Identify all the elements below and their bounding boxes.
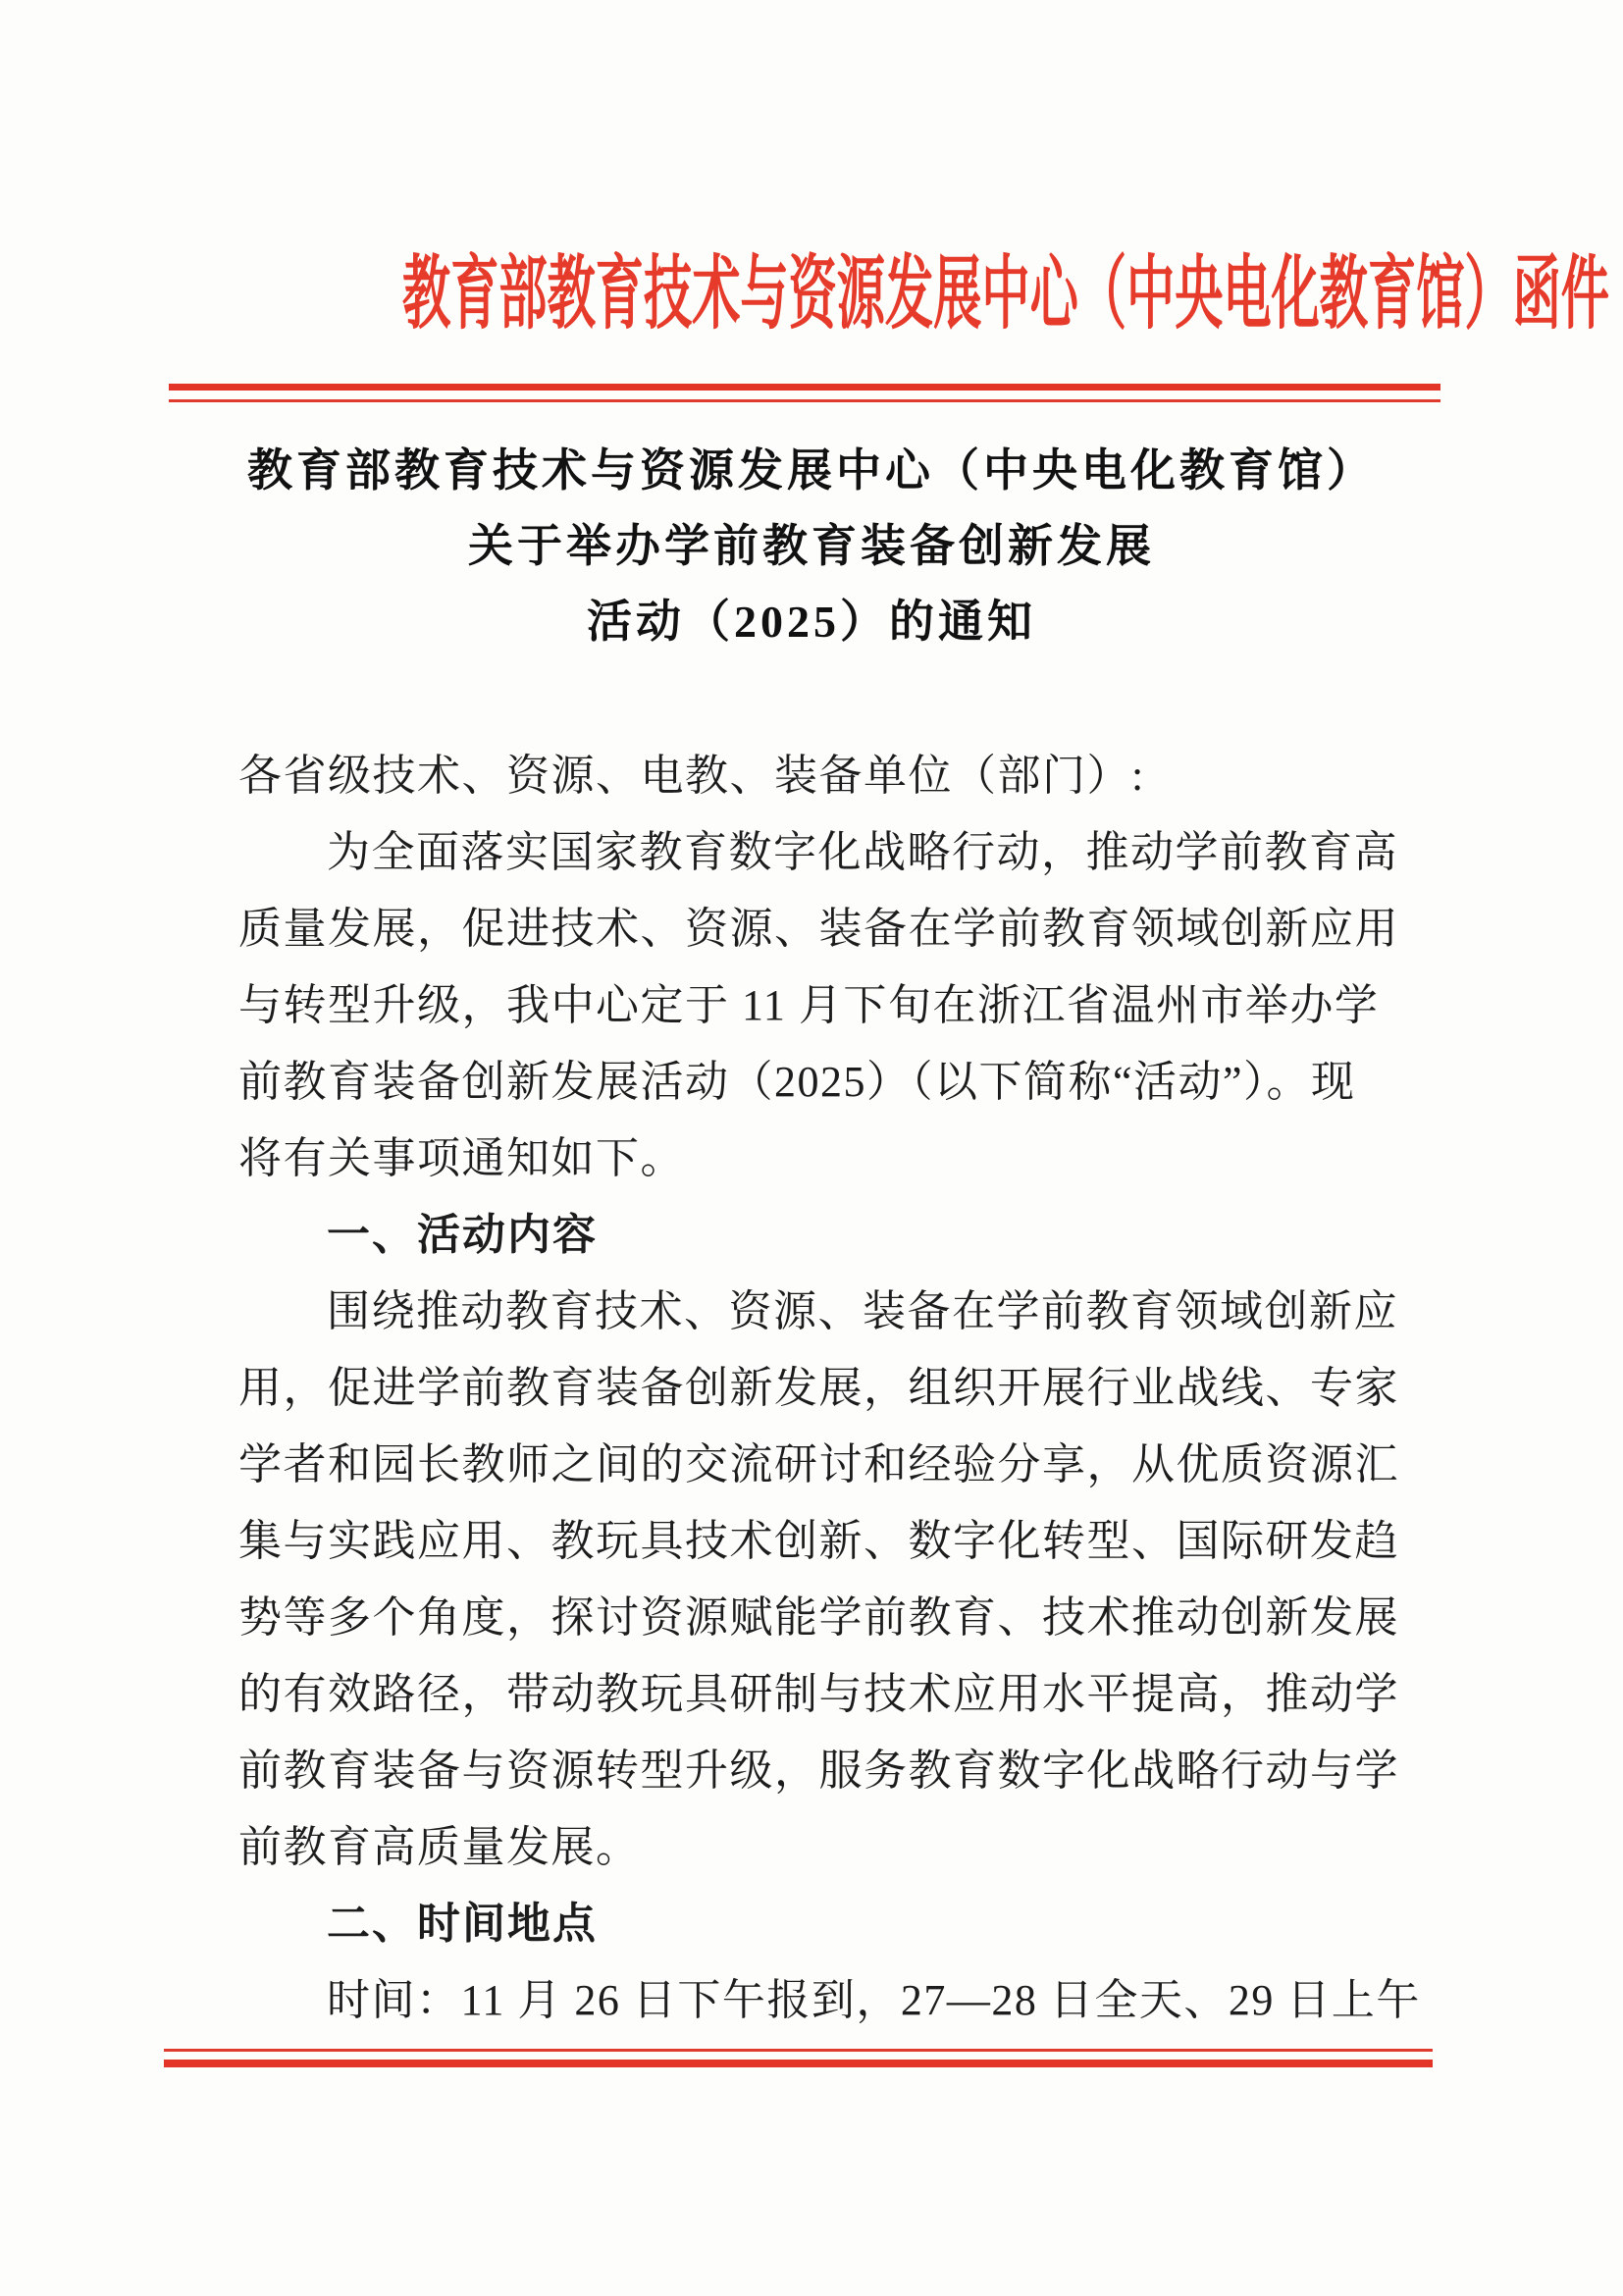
body-line: 前教育高质量发展。 [238,1809,1367,1886]
section-heading-1: 一、活动内容 [238,1197,1367,1274]
title-line-2: 关于举办学前教育装备创新发展 [0,508,1623,584]
body-line: 为全面落实国家教育数字化战略行动，推动学前教育高 [238,814,1367,891]
body-line: 用，促进学前教育装备创新发展，组织开展行业战线、专家 [238,1350,1367,1427]
red-letterhead: 教育部教育技术与资源发展中心（中央电化教育馆）函件 [0,243,1623,345]
bottom-separator-thick-rule [164,2060,1433,2067]
body-line: 质量发展，促进技术、资源、装备在学前教育领域创新应用 [238,891,1367,967]
scanned-official-letter-page: 教育部教育技术与资源发展中心（中央电化教育馆）函件 教育部教育技术与资源发展中心… [0,0,1623,2296]
section-heading-2: 二、时间地点 [238,1886,1367,1962]
body-line: 前教育装备与资源转型升级，服务教育数字化战略行动与学 [238,1733,1367,1809]
body-line: 学者和园长教师之间的交流研讨和经验分享，从优质资源汇 [238,1427,1367,1503]
body-line: 围绕推动教育技术、资源、装备在学前教育领域创新应 [238,1274,1367,1350]
body-line: 与转型升级，我中心定于 11 月下旬在浙江省温州市举办学 [238,967,1367,1044]
body-line: 的有效路径，带动教玩具研制与技术应用水平提高，推动学 [238,1656,1367,1733]
body-line: 集与实践应用、教玩具技术创新、数字化转型、国际研发趋 [238,1503,1367,1580]
body-line: 前教育装备创新发展活动（2025）（以下简称“活动”）。现 [238,1044,1367,1121]
title-line-1: 教育部教育技术与资源发展中心（中央电化教育馆） [0,433,1623,508]
body-line: 将有关事项通知如下。 [238,1121,1367,1197]
bottom-separator-thin-rule [164,2049,1433,2052]
top-separator-thick-rule [169,384,1440,391]
document-title: 教育部教育技术与资源发展中心（中央电化教育馆） 关于举办学前教育装备创新发展 活… [0,433,1623,659]
letterhead-title: 教育部教育技术与资源发展中心（中央电化教育馆）函件 [402,243,1609,345]
letter-body: 各省级技术、资源、电教、装备单位（部门）: 为全面落实国家教育数字化战略行动，推… [238,738,1367,2039]
salutation-line: 各省级技术、资源、电教、装备单位（部门）: [238,738,1367,814]
body-line: 时间：11 月 26 日下午报到，27—28 日全天、29 日上午 [238,1962,1367,2039]
body-line: 势等多个角度，探讨资源赋能学前教育、技术推动创新发展 [238,1580,1367,1656]
title-line-3: 活动（2025）的通知 [0,584,1623,659]
top-separator-thin-rule [169,399,1440,402]
